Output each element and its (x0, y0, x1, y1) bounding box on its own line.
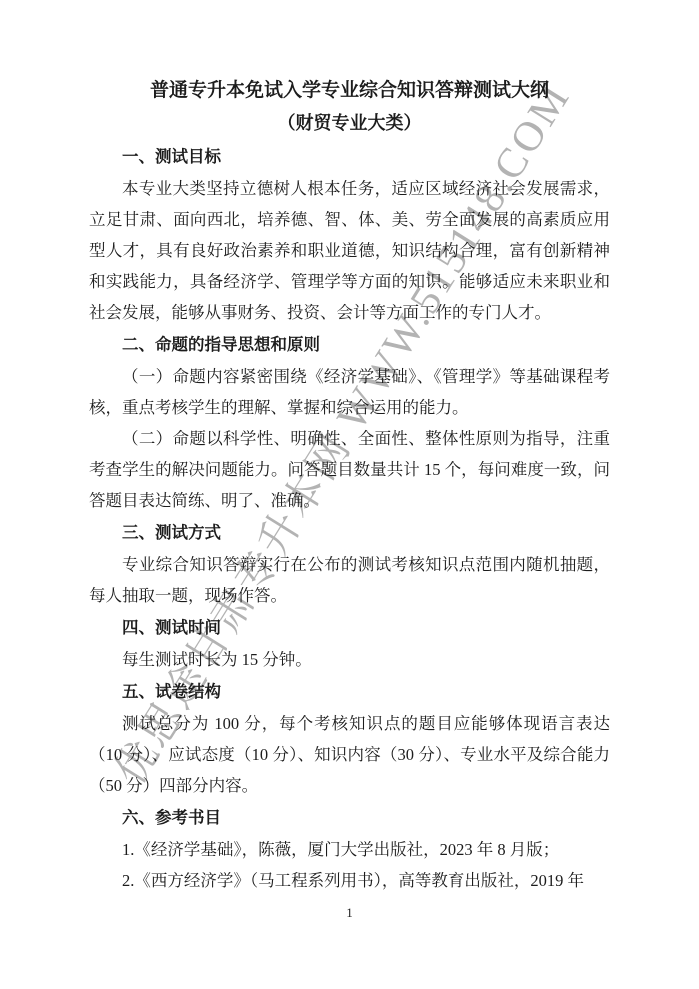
page-number: 1 (89, 904, 610, 922)
document-subtitle: （财贸专业大类） (89, 107, 610, 140)
section-heading: 六、参考书目 (89, 803, 610, 834)
paragraph: 1.《经济学基础》，陈薇，厦门大学出版社，2023 年 8 月版； (89, 834, 610, 865)
paragraph: （一）命题内容紧密围绕《经济学基础》、《管理学》等基础课程考核，重点考核学生的理… (89, 361, 610, 423)
document-title: 普通专升本免试入学专业综合知识答辩测试大纲 (89, 74, 610, 107)
section-heading: 五、试卷结构 (89, 677, 610, 708)
section-heading: 二、命题的指导思想和原则 (89, 330, 610, 361)
section-heading: 三、测试方式 (89, 518, 610, 549)
sections-container: 一、测试目标本专业大类坚持立德树人根本任务，适应区域经济社会发展需求，立足甘肃、… (89, 142, 610, 896)
paragraph: 本专业大类坚持立德树人根本任务，适应区域经济社会发展需求，立足甘肃、面向西北，培… (89, 173, 610, 328)
paragraph: 测试总分为 100 分，每个考核知识点的题目应能够体现语言表达（10 分）、应试… (89, 708, 610, 801)
section-heading: 四、测试时间 (89, 613, 610, 644)
section-heading: 一、测试目标 (89, 142, 610, 173)
paragraph: 每生测试时长为 15 分钟。 (89, 644, 610, 675)
paragraph: 2.《西方经济学》（马工程系列用书），高等教育出版社，2019 年 (89, 865, 610, 896)
paragraph: （二）命题以科学性、明确性、全面性、整体性原则为指导，注重考查学生的解决问题能力… (89, 423, 610, 516)
document-content: 普通专升本免试入学专业综合知识答辩测试大纲 （财贸专业大类） 一、测试目标本专业… (0, 0, 699, 922)
document-page: 优思途甘肃专升本网 WWW.515148.COM 普通专升本免试入学专业综合知识… (0, 0, 699, 989)
paragraph: 专业综合知识答辩实行在公布的测试考核知识点范围内随机抽题，每人抽取一题，现场作答… (89, 549, 610, 611)
